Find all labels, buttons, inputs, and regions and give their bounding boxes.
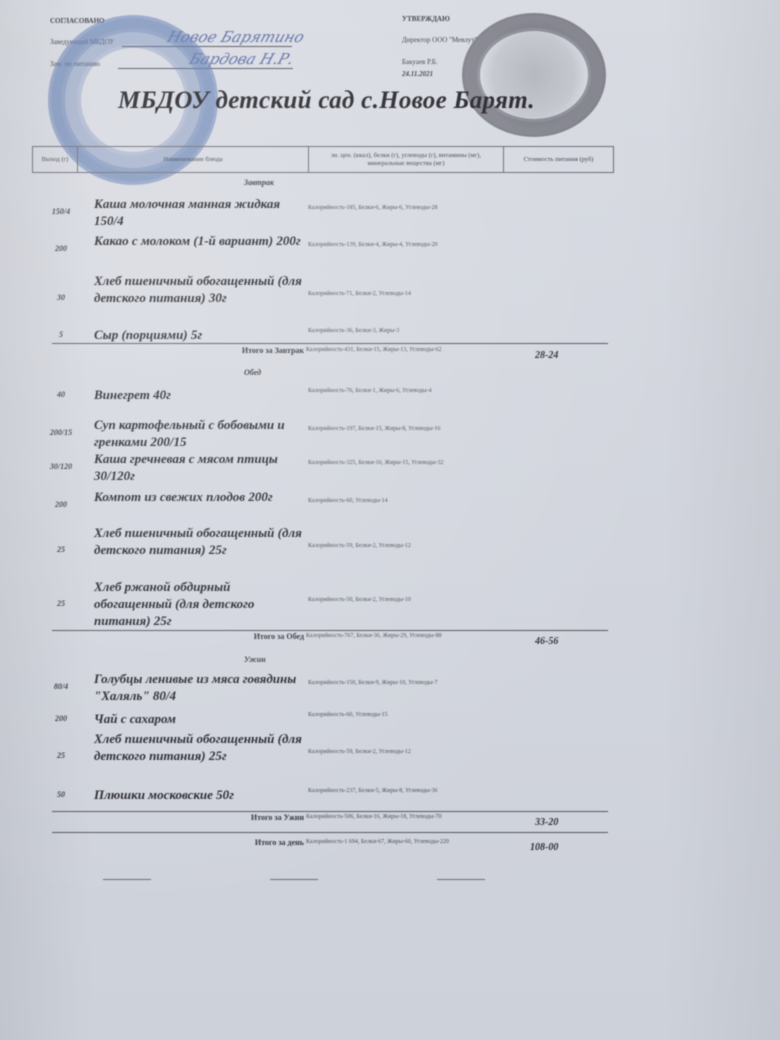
- section-heading: Завтрак: [244, 178, 274, 187]
- row-qty: 40: [32, 390, 90, 399]
- row-nutrition: Калорийность-59, Белки-2, Углеводы-12: [308, 542, 508, 550]
- table-row: 25Хлеб пшеничный обогащенный (для детско…: [32, 524, 612, 575]
- row-qty: 25: [32, 599, 90, 608]
- row-nutrition: Калорийность-139, Белки-4, Жиры-4, Углев…: [308, 241, 508, 249]
- director-line: Директор ООО "Мевлут": [402, 36, 477, 44]
- row-dish: Голубцы ленивые из мяса говядины "Халяль…: [94, 670, 304, 704]
- row-dish: Какао с молоком (1-й вариант) 200г: [94, 232, 304, 249]
- day-total-cost: 108-00: [530, 842, 558, 853]
- row-dish: Винегрет 40г: [94, 386, 304, 403]
- table-row: 150/4Каша молочная манная жидкая 150/4Ка…: [32, 195, 612, 229]
- table-row: 200Компот из свежих плодов 200гКалорийно…: [32, 488, 612, 522]
- section-heading: Ужин: [244, 655, 266, 664]
- menu-document: СОГЛАСОВАНО Заведующий МБДОУ Зам. по пит…: [0, 0, 780, 1040]
- row-qty: 200: [32, 244, 90, 253]
- row-nutrition: Калорийность-150, Белки-9, Жиры-10, Угле…: [308, 679, 508, 687]
- day-total-nutrition: Калорийность-1 694, Белки-67, Жиры-60, У…: [306, 838, 506, 846]
- table-row: 80/4Голубцы ленивые из мяса говядины "Ха…: [32, 670, 612, 704]
- table-row: 25Хлеб пшеничный обогащенный (для детско…: [32, 730, 612, 781]
- footer-signature-line-3: [437, 879, 485, 880]
- section-total-cost: 33-20: [535, 817, 558, 828]
- row-qty: 25: [32, 545, 90, 554]
- row-qty: 30/120: [32, 462, 90, 471]
- row-nutrition: Калорийность-325, Белки-16, Жиры-15, Угл…: [308, 459, 508, 467]
- approval-date: 24.11.2021: [402, 70, 433, 78]
- table-row: 30/120Каша гречневая с мясом птицы 30/12…: [32, 450, 612, 484]
- col-dish-header: Наименование блюда: [78, 147, 309, 172]
- row-qty: 150/4: [32, 207, 90, 216]
- row-qty: 5: [32, 330, 90, 339]
- table-row: 25Хлеб ржаной обдирный обогащенный (для …: [32, 578, 612, 629]
- section-total-nutrition: Калорийность-767, Белки-36, Жиры-29, Угл…: [306, 632, 506, 640]
- row-nutrition: Калорийность-59, Белки-2, Углеводы-12: [308, 748, 508, 756]
- row-dish: Хлеб ржаной обдирный обогащенный (для де…: [94, 578, 304, 629]
- row-dish: Сыр (порциями) 5г: [94, 326, 304, 343]
- section-divider: [52, 811, 608, 812]
- row-nutrition: Калорийность-71, Белки-2, Углеводы-14: [308, 290, 508, 298]
- section-divider: [52, 630, 608, 631]
- row-qty: 80/4: [32, 682, 90, 691]
- row-dish: Суп картофельный с бобовыми и гренками 2…: [94, 416, 304, 450]
- row-nutrition: Калорийность-237, Белки-5, Жиры-8, Углев…: [308, 787, 508, 795]
- section-total-label: Итого за Обед: [254, 632, 304, 641]
- document-title: МБДОУ детский сад с.Новое Барят.: [118, 87, 535, 115]
- row-dish: Компот из свежих плодов 200г: [94, 488, 304, 505]
- row-qty: 200/15: [32, 428, 90, 437]
- row-dish: Каша гречневая с мясом птицы 30/120г: [94, 450, 304, 484]
- section-total-nutrition: Калорийность-431, Белки-15, Жиры-13, Угл…: [306, 346, 506, 354]
- row-nutrition: Калорийность-60, Углеводы-15: [308, 711, 508, 719]
- footer-signature-line-1: [103, 879, 151, 880]
- table-row: 200/15 Суп картофельный с бобовыми и гре…: [32, 416, 612, 450]
- table-row: 50Плюшки московские 50гКалорийность-237,…: [32, 786, 612, 803]
- section-total-cost: 46-56: [535, 636, 558, 647]
- row-dish: Чай с сахаром: [94, 710, 304, 727]
- row-dish: Плюшки московские 50г: [94, 786, 304, 803]
- row-dish: Хлеб пшеничный обогащенный (для детского…: [94, 524, 304, 558]
- row-nutrition: Калорийность-197, Белки-15, Жиры-8, Угле…: [308, 425, 508, 433]
- table-row: 200Какао с молоком (1-й вариант) 200гКал…: [32, 232, 612, 266]
- row-qty: 50: [32, 790, 90, 799]
- gray-stamp: [462, 13, 606, 137]
- section-heading: Обед: [244, 368, 261, 377]
- section-total-cost: 28-24: [535, 350, 558, 361]
- table-row: 30Хлеб пшеничный обогащенный (для детско…: [32, 272, 612, 323]
- col-nutrition-header: эн. цен. (ккал), белки (г), углеводы (г)…: [309, 147, 504, 172]
- section-total-label: Итого за Ужин: [251, 813, 304, 822]
- section-total-nutrition: Калорийность-506, Белки-16, Жиры-18, Угл…: [306, 813, 506, 821]
- table-row: 40Винегрет 40гКалорийность-76, Белки-1, …: [32, 386, 612, 403]
- row-qty: 200: [32, 500, 90, 509]
- col-qty-header: Выход (г): [33, 147, 78, 172]
- row-qty: 200: [32, 714, 90, 723]
- row-qty: 30: [32, 293, 90, 302]
- day-total-divider: [52, 832, 608, 833]
- row-nutrition: Калорийность-76, Белки-1, Жиры-6, Углево…: [308, 387, 508, 395]
- row-nutrition: Калорийность-50, Белки-2, Углеводы-10: [308, 596, 508, 604]
- row-dish: Хлеб пшеничный обогащенный (для детского…: [94, 730, 304, 764]
- row-nutrition: Калорийность-60, Углеводы-14: [308, 497, 508, 505]
- table-row: 5Сыр (порциями) 5гКалорийность-36, Белки…: [32, 326, 612, 343]
- row-nutrition: Калорийность-36, Белки-3, Жиры-3: [308, 327, 508, 335]
- row-nutrition: Калорийность-185, Белки-6, Жиры-6, Углев…: [308, 204, 508, 212]
- section-total-label: Итого за Завтрак: [242, 346, 304, 355]
- row-qty: 25: [32, 751, 90, 760]
- director-name: Бакуаев Р.Б.: [402, 58, 438, 66]
- table-row: 200Чай с сахаромКалорийность-60, Углевод…: [32, 710, 612, 727]
- approval-heading-right: УТВЕРЖДАЮ: [402, 15, 450, 23]
- row-dish: Хлеб пшеничный обогащенный (для детского…: [94, 272, 304, 306]
- footer-signature-line-2: [270, 879, 318, 880]
- col-cost-header: Стоимость питания (руб): [504, 147, 613, 172]
- row-dish: Каша молочная манная жидкая 150/4: [94, 195, 304, 229]
- section-divider: [52, 343, 608, 344]
- day-total-label: Итого за день: [255, 838, 304, 847]
- table-header: Выход (г) Наименование блюда эн. цен. (к…: [32, 146, 614, 173]
